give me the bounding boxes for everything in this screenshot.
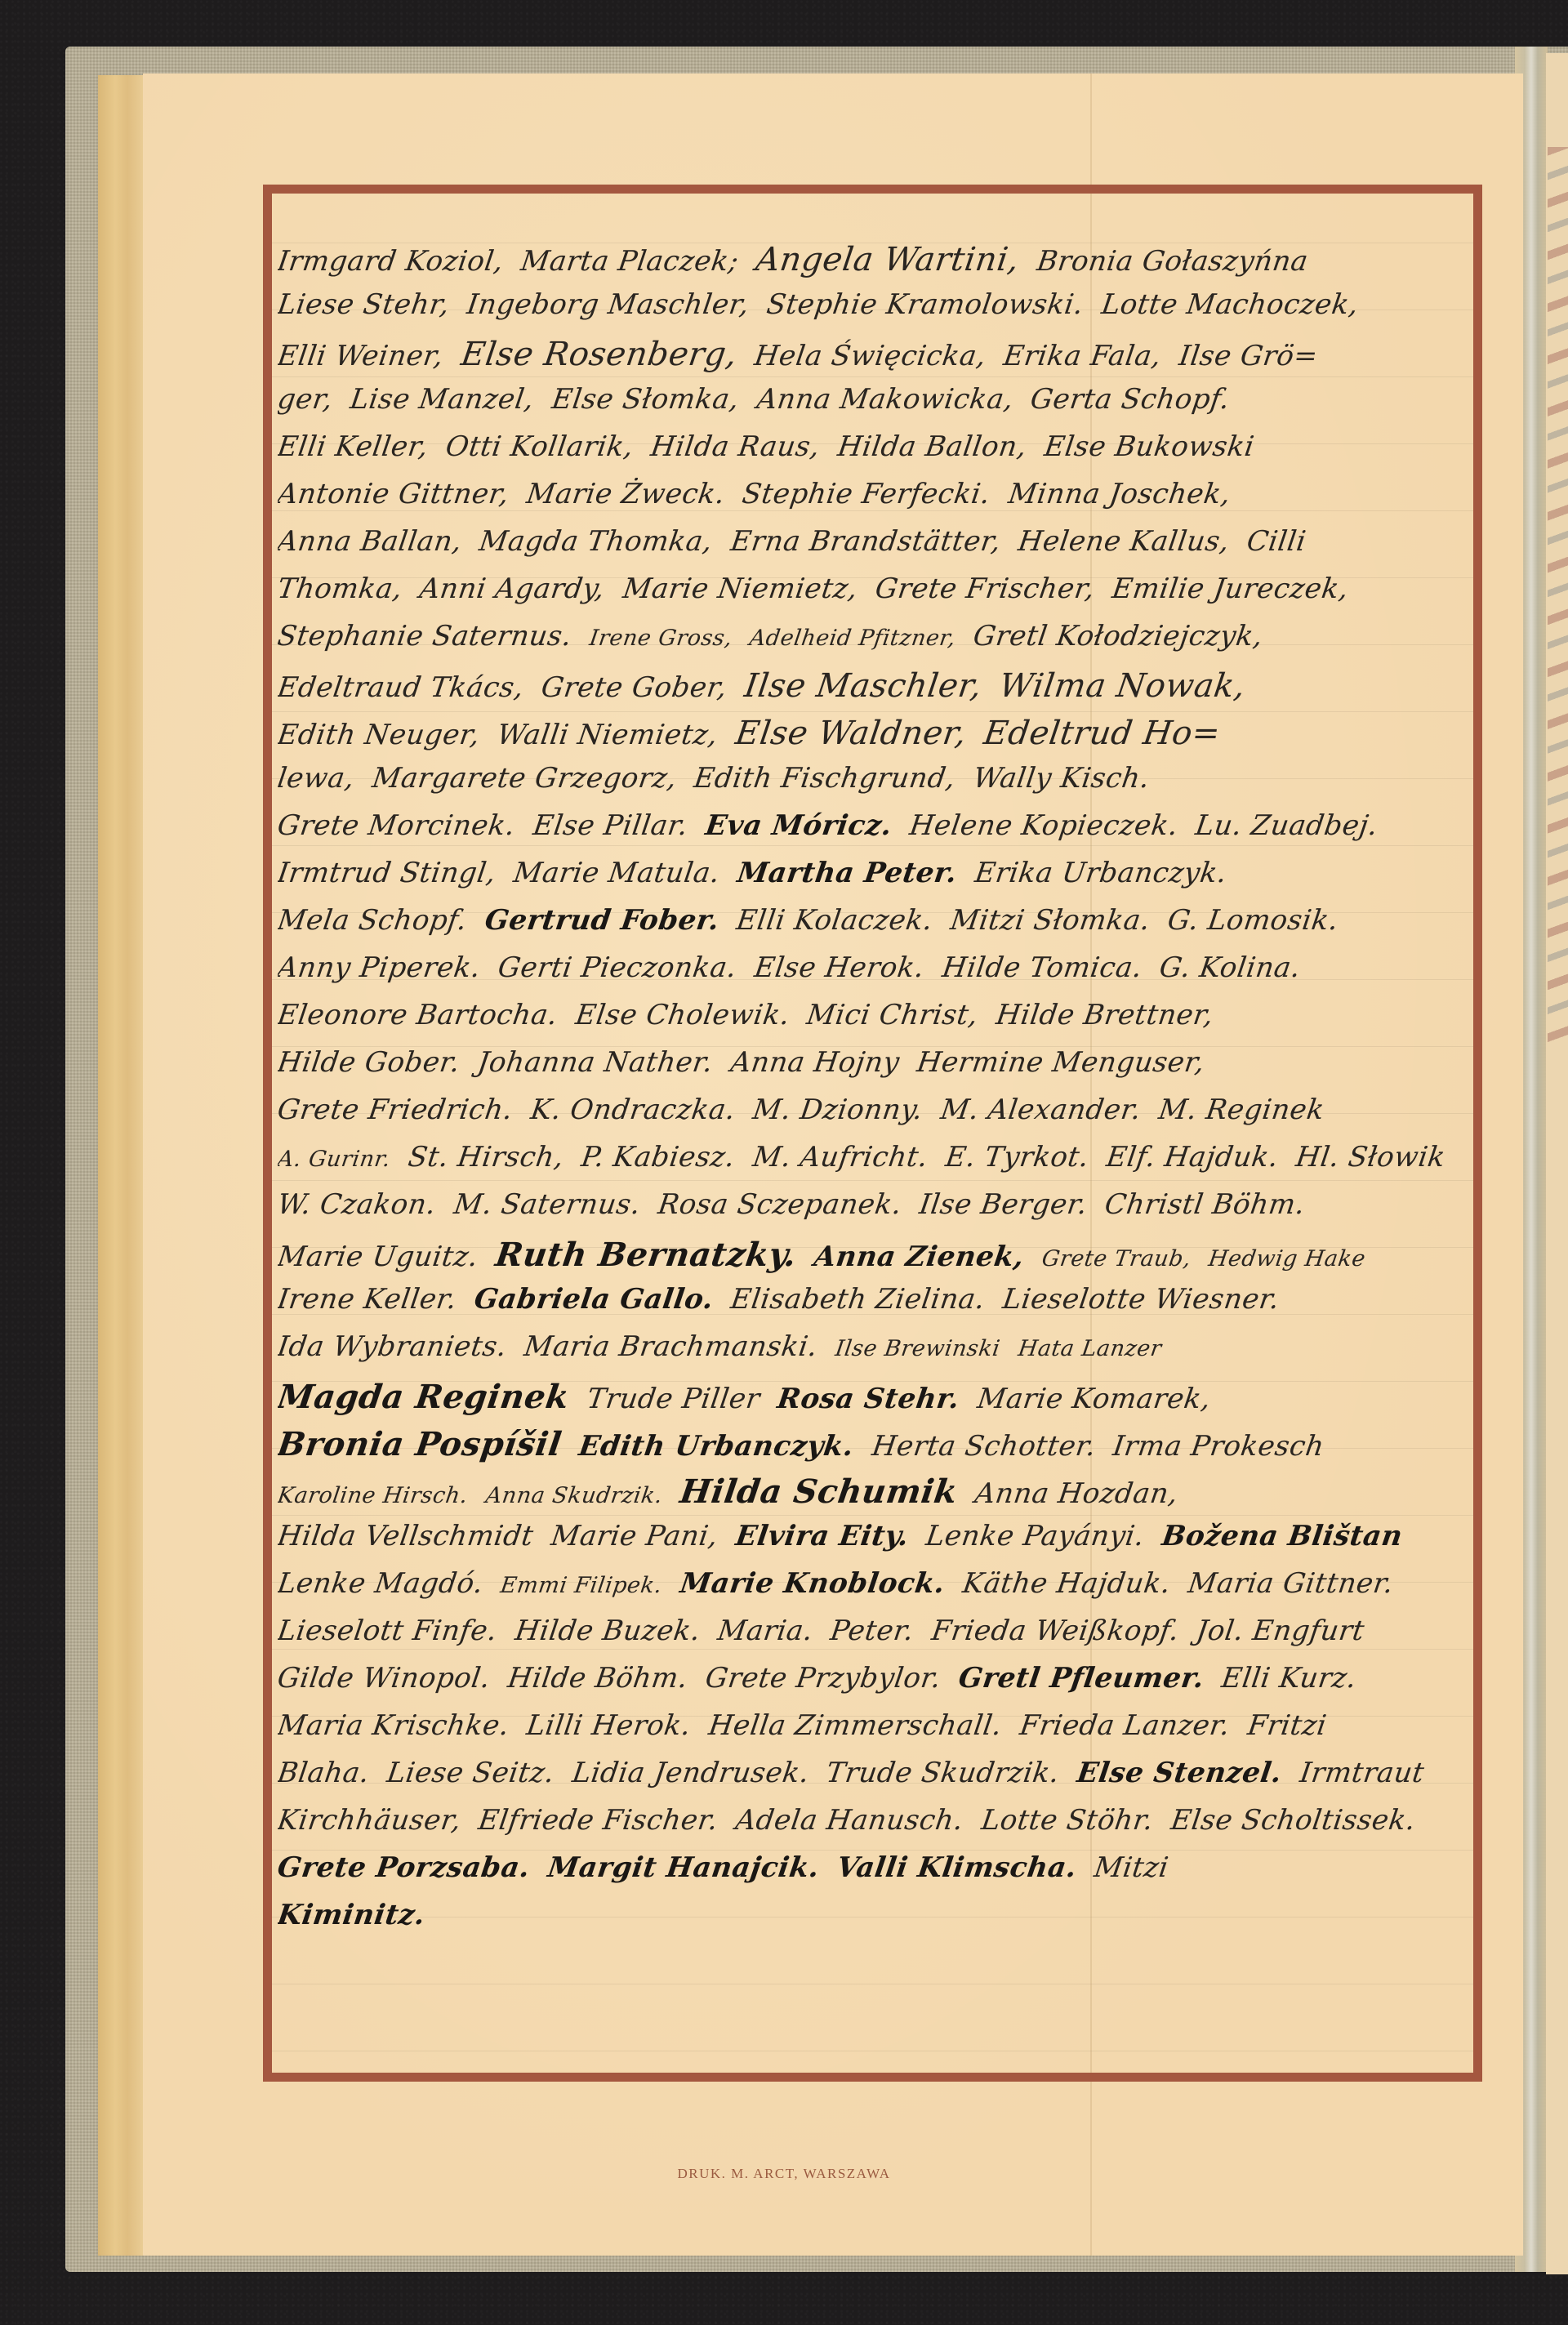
signature-line: Antonie Gittner,Marie Żweck.Stephie Ferf… (278, 478, 1470, 525)
signature-line: Thomka,Anni Agardy,Marie Niemietz,Grete … (278, 572, 1470, 620)
handwritten-signature: Fritzi (1245, 1709, 1329, 1742)
handwritten-signature: P. Kabiesz. (579, 1141, 737, 1174)
handwritten-signature: Edith Urbanczyk. (577, 1430, 857, 1463)
handwritten-signature: Edith Fischgrund, (692, 762, 957, 795)
handwritten-signature: Irmgard Koziol, (278, 245, 506, 278)
handwritten-signature: St. Hirsch, (406, 1141, 566, 1174)
handwritten-signature: Lu. Zuadbej. (1193, 809, 1380, 842)
handwritten-signature: Emmi Filipek. (499, 1573, 664, 1598)
handwritten-signature: Hilda Ballon, (835, 430, 1029, 463)
handwritten-signature: Margit Hanajcik. (546, 1851, 822, 1884)
handwritten-signature: Hella Zimmerschall. (706, 1709, 1004, 1742)
handwritten-signature: Ruth Bernatzky. (493, 1236, 800, 1274)
handwritten-signature: Ilse Brewinski (834, 1336, 1002, 1361)
handwritten-signature: Marie Uguitz. (278, 1240, 480, 1273)
handwritten-signature: Hermine Menguser, (915, 1046, 1206, 1079)
handwritten-signature: A. Gurinr. (278, 1147, 392, 1172)
handwritten-signature: Stephie Ferfecki. (741, 478, 993, 510)
handwritten-signature: Eva Móricz. (703, 809, 894, 842)
handwritten-signature: Gerti Pieczonka. (496, 951, 738, 984)
handwritten-signature: Marta Placzek; (519, 245, 741, 278)
handwritten-signature: Grete Traub, (1040, 1246, 1192, 1272)
handwritten-signature: Johanna Nather. (475, 1046, 715, 1079)
handwritten-signature: Lidia Jendrusek. (570, 1757, 811, 1789)
signature-line: Lenke Magdó.Emmi Filipek.Marie Knoblock.… (278, 1567, 1470, 1615)
handwritten-signature: Grete Porzsaba. (278, 1851, 532, 1884)
handwritten-signature: Božena Blištan (1160, 1520, 1405, 1552)
handwritten-signature: Marie Żweck. (524, 478, 727, 510)
handwritten-signature: Trude Skudrzik. (825, 1757, 1062, 1789)
handwritten-signature: Helene Kopieczek. (907, 809, 1180, 842)
handwritten-signature: Else Stenzel. (1076, 1757, 1285, 1789)
signature-line: Grete Morcinek.Else Pillar.Eva Móricz.He… (278, 809, 1470, 857)
handwritten-signature: Mitzi Słomka. (948, 904, 1152, 937)
handwritten-signature: Lenke Payányi. (924, 1520, 1147, 1552)
signature-line: Grete Friedrich.K. Ondraczka.M. Dzionny.… (278, 1093, 1470, 1141)
handwritten-signature: Wilma Nowak, (997, 667, 1248, 705)
signature-line: Stephanie Saternus.Irene Gross,Adelheid … (278, 620, 1470, 667)
signature-line: Edeltraud Tkács,Grete Gober,Ilse Maschle… (278, 667, 1470, 715)
signature-line: ger,Lise Manzel,Else Słomka,Anna Makowic… (278, 383, 1470, 430)
handwritten-signature: Gabriela Gallo. (472, 1283, 715, 1316)
handwritten-signature: Elli Kolaczek. (734, 904, 934, 937)
handwritten-signature: Erika Fala, (1002, 340, 1164, 372)
handwritten-signature: Christl Böhm. (1102, 1188, 1307, 1221)
handwritten-signature: Grete Frischer, (873, 572, 1097, 605)
handwritten-signature: lewa, (278, 762, 356, 795)
handwritten-signature: G. Kolina. (1157, 951, 1303, 984)
signature-line: Blaha.Liese Seitz.Lidia Jendrusek.Trude … (278, 1757, 1470, 1804)
handwritten-signature: Magda Thomka, (478, 525, 715, 558)
handwritten-signature: Marie Komarek, (975, 1383, 1213, 1415)
handwritten-signature: Irmtraut (1298, 1757, 1426, 1789)
handwritten-signature: Thomka, (278, 572, 404, 605)
signature-line: Kirchhäuser,Elfriede Fischer.Adela Hanus… (278, 1804, 1470, 1851)
signature-line: Irene Keller.Gabriela Gallo.Elisabeth Zi… (278, 1283, 1470, 1330)
handwritten-signature: Marie Niemietz, (621, 572, 860, 605)
handwritten-signature: Minna Joschek, (1006, 478, 1232, 510)
handwritten-signature: Anna Hozdan, (973, 1477, 1180, 1510)
signature-line: Lieselott Finfe.Hilde Buzek.Maria.Peter.… (278, 1615, 1470, 1662)
handwritten-signature: Liese Seitz. (385, 1757, 556, 1789)
handwritten-signature: Lotte Stöhr. (979, 1804, 1156, 1837)
handwritten-signature: Elli Kurz. (1220, 1662, 1359, 1695)
handwritten-signature: Mici Christ, (805, 999, 981, 1031)
handwritten-signature: Cilli (1245, 525, 1308, 558)
printer-imprint: DRUK. M. ARCT, WARSZAWA (0, 2166, 1568, 2182)
handwritten-signature: Maria Brachmanski. (522, 1330, 820, 1363)
handwritten-signature: Hilda Raus, (649, 430, 822, 463)
handwritten-signature: Irene Keller. (278, 1283, 459, 1316)
handwritten-signature: Liese Stehr, (278, 288, 452, 321)
handwritten-signature: Gerta Schopf. (1029, 383, 1232, 416)
handwritten-signature: Anna Hojny (728, 1046, 902, 1079)
handwritten-signature: M. Saternus. (452, 1188, 643, 1221)
handwritten-signature: Ilse Grö= (1177, 340, 1320, 372)
signature-line: Liese Stehr,Ingeborg Maschler,Stephie Kr… (278, 288, 1470, 336)
handwritten-signature: Blaha. (278, 1757, 372, 1789)
adjacent-page-ornament (1548, 147, 1568, 1045)
handwritten-signature: Stephanie Saternus. (278, 620, 574, 653)
handwritten-signature: Anna Skudrzik. (484, 1483, 665, 1508)
handwritten-signature: Elvira Eity. (733, 1520, 911, 1552)
signature-line: Karoline Hirsch.Anna Skudrzik.Hilda Schu… (278, 1472, 1470, 1520)
handwritten-signature: Hilde Buzek. (513, 1615, 702, 1647)
handwritten-signature: Anni Agardy, (418, 572, 608, 605)
handwritten-signature: Hilda Schumik (678, 1472, 960, 1511)
handwritten-signature: Gilde Winopol. (278, 1662, 492, 1695)
signature-line: Gilde Winopol.Hilde Böhm.Grete Przybylor… (278, 1662, 1470, 1709)
signature-list: Irmgard Koziol,Marta Placzek;Angela Wart… (278, 241, 1470, 1946)
handwritten-signature: Edeltrud Ho= (982, 715, 1223, 752)
handwritten-signature: Kirchhäuser, (278, 1804, 463, 1837)
handwritten-signature: Grete Przybylor. (703, 1662, 943, 1695)
handwritten-signature: Frieda Lanzer. (1018, 1709, 1232, 1742)
handwritten-signature: Mitzi (1092, 1851, 1170, 1884)
handwritten-signature: Maria Krischke. (278, 1709, 511, 1742)
handwritten-signature: Else Pillar. (531, 809, 690, 842)
handwritten-signature: Martha Peter. (735, 857, 959, 889)
handwritten-signature: Mela Schopf. (278, 904, 469, 937)
handwritten-signature: Marie Knoblock. (678, 1567, 947, 1600)
handwritten-signature: Irmtrud Stingl, (278, 857, 498, 889)
handwritten-signature: Bronia Pospíšil (278, 1425, 564, 1463)
page-edges (98, 75, 147, 2256)
handwritten-signature: Margarete Grzegorz, (370, 762, 679, 795)
handwritten-signature: Grete Friedrich. (278, 1093, 514, 1126)
handwritten-signature: Kiminitz. (278, 1899, 427, 1931)
handwritten-signature: Irma Prokesch (1111, 1430, 1327, 1463)
handwritten-signature: Grete Gober, (539, 671, 729, 704)
signature-line: Irmgard Koziol,Marta Placzek;Angela Wart… (278, 241, 1470, 288)
handwritten-signature: M. Alexander. (938, 1093, 1143, 1126)
handwritten-signature: Anna Makowicka, (755, 383, 1015, 416)
handwritten-signature: Gretl Pfleumer. (956, 1662, 1206, 1695)
handwritten-signature: Adelheid Pfitzner, (748, 626, 957, 651)
handwritten-signature: Irene Gross, (588, 626, 734, 651)
handwritten-signature: Hedwig Hake (1207, 1246, 1367, 1272)
signature-line: lewa,Margarete Grzegorz,Edith Fischgrund… (278, 762, 1470, 809)
handwritten-signature: Wally Kisch. (971, 762, 1151, 795)
handwritten-signature: Ida Wybraniets. (278, 1330, 509, 1363)
signature-line: Ida Wybraniets.Maria Brachmanski.Ilse Br… (278, 1330, 1470, 1378)
signature-line: Magda ReginekTrude PillerRosa Stehr.Mari… (278, 1378, 1470, 1425)
handwritten-signature: Hilde Tomica. (940, 951, 1144, 984)
signature-line: Marie Uguitz.Ruth Bernatzky.Anna Zienek,… (278, 1236, 1470, 1283)
handwritten-signature: Edeltraud Tkács, (278, 671, 526, 704)
handwritten-signature: Elfriede Fischer. (477, 1804, 721, 1837)
handwritten-signature: Else Słomka, (550, 383, 741, 416)
signature-line: Maria Krischke.Lilli Herok.Hella Zimmers… (278, 1709, 1470, 1757)
signature-line: Grete Porzsaba.Margit Hanajcik.Valli Kli… (278, 1851, 1470, 1899)
handwritten-signature: Ilse Maschler, (742, 667, 984, 705)
handwritten-signature: Hata Lanzer (1016, 1336, 1163, 1361)
handwritten-signature: Hilde Gober. (278, 1046, 462, 1079)
handwritten-signature: Gretl Kołodziejczyk, (972, 620, 1266, 653)
handwritten-signature: Helene Kallus, (1016, 525, 1232, 558)
handwritten-signature: Maria. (715, 1615, 815, 1647)
handwritten-signature: Else Scholtissek. (1169, 1804, 1418, 1837)
signature-line: Irmtrud Stingl,Marie Matula.Martha Peter… (278, 857, 1470, 904)
handwritten-signature: Elf. Hajduk. (1104, 1141, 1281, 1174)
handwritten-signature: Gertrud Fober. (483, 904, 721, 937)
handwritten-signature: Erika Urbanczyk. (973, 857, 1229, 889)
handwritten-signature: Anna Zienek, (813, 1240, 1027, 1273)
handwritten-signature: Elli Weiner, (278, 340, 446, 372)
handwritten-signature: Hela Święcicka, (752, 340, 988, 372)
signature-line: Anny Piperek.Gerti Pieczonka.Else Herok.… (278, 951, 1470, 999)
handwritten-signature: Ilse Berger. (917, 1188, 1089, 1221)
handwritten-signature: Käthe Hajduk. (960, 1567, 1173, 1600)
handwritten-signature: Peter. (828, 1615, 915, 1647)
handwritten-signature: Lise Manzel, (348, 383, 536, 416)
handwritten-signature: M. Dzionny. (751, 1093, 924, 1126)
handwritten-signature: Else Herok. (752, 951, 926, 984)
signature-line: Edith Neuger,Walli Niemietz,Else Waldner… (278, 715, 1470, 762)
handwritten-signature: Rosa Sczepanek. (656, 1188, 904, 1221)
handwritten-signature: K. Ondraczka. (528, 1093, 737, 1126)
handwritten-signature: Hilde Böhm. (506, 1662, 690, 1695)
handwritten-signature: Bronia Gołaszyńna (1035, 245, 1310, 278)
signature-line: Eleonore Bartocha.Else Cholewik.Mici Chr… (278, 999, 1470, 1046)
handwritten-signature: Eleonore Bartocha. (278, 999, 559, 1031)
signature-line: W. Czakon.M. Saternus.Rosa Sczepanek.Ils… (278, 1188, 1470, 1236)
handwritten-signature: Hilda Vellschmidt (278, 1520, 536, 1552)
handwritten-signature: Lieselotte Wiesner. (1000, 1283, 1281, 1316)
signature-line: Elli Keller,Otti Kollarik,Hilda Raus,Hil… (278, 430, 1470, 478)
handwritten-signature: G. Lomosik. (1165, 904, 1340, 937)
handwritten-signature: Karoline Hirsch. (278, 1483, 470, 1508)
signature-line: Kiminitz. (278, 1899, 1470, 1946)
handwritten-signature: Adela Hanusch. (734, 1804, 966, 1837)
signature-line: Anna Ballan,Magda Thomka,Erna Brandstätt… (278, 525, 1470, 572)
handwritten-signature: Antonie Gittner, (278, 478, 511, 510)
signature-line: Mela Schopf.Gertrud Fober.Elli Kolaczek.… (278, 904, 1470, 951)
handwritten-signature: Else Rosenberg, (459, 336, 740, 373)
handwritten-signature: W. Czakon. (278, 1188, 438, 1221)
handwritten-signature: Elisabeth Zielina. (729, 1283, 988, 1316)
handwritten-signature: Ingeborg Maschler, (465, 288, 751, 321)
handwritten-signature: M. Aufricht. (751, 1141, 930, 1174)
handwritten-signature: Erna Brandstätter, (728, 525, 1003, 558)
signature-line: Hilda VellschmidtMarie Pani,Elvira Eity.… (278, 1520, 1470, 1567)
handwritten-signature: Edith Neuger, (278, 719, 482, 751)
handwritten-signature: E. Tyrkot. (943, 1141, 1091, 1174)
signature-line: Elli Weiner,Else Rosenberg,Hela Święcick… (278, 336, 1470, 383)
signature-line: Hilde Gober.Johanna Nather.Anna HojnyHer… (278, 1046, 1470, 1093)
handwritten-signature: Lilli Herok. (524, 1709, 693, 1742)
handwritten-signature: Marie Pani, (549, 1520, 719, 1552)
handwritten-signature: M. Reginek (1156, 1093, 1326, 1126)
handwritten-signature: Marie Matula. (511, 857, 722, 889)
handwritten-signature: Stephie Kramolowski. (765, 288, 1086, 321)
signature-line: A. Gurinr.St. Hirsch,P. Kabiesz.M. Aufri… (278, 1141, 1470, 1188)
handwritten-signature: Jol. Engfurt (1195, 1615, 1367, 1647)
handwritten-signature: Trude Piller (585, 1383, 762, 1415)
signature-line: Bronia PospíšilEdith Urbanczyk.Herta Sch… (278, 1425, 1470, 1472)
handwritten-signature: Magda Reginek (278, 1378, 572, 1416)
handwritten-signature: Hl. Słowik (1294, 1141, 1447, 1174)
handwritten-signature: Lenke Magdó. (278, 1567, 485, 1600)
handwritten-signature: Frieda Weißkopf. (929, 1615, 1181, 1647)
handwritten-signature: Anna Ballan, (278, 525, 464, 558)
handwritten-signature: Lotte Machoczek, (1099, 288, 1361, 321)
handwritten-signature: Rosa Stehr. (775, 1383, 961, 1415)
handwritten-signature: Elli Keller, (278, 430, 430, 463)
handwritten-signature: Valli Klimscha. (835, 1851, 1079, 1884)
handwritten-signature: Walli Niemietz, (496, 719, 720, 751)
handwritten-signature: ger, (278, 383, 335, 416)
handwritten-signature: Otti Kollarik, (443, 430, 635, 463)
handwritten-signature: Anny Piperek. (278, 951, 483, 984)
handwritten-signature: Herta Schotter. (870, 1430, 1098, 1463)
handwritten-signature: Hilde Brettner, (994, 999, 1215, 1031)
handwritten-signature: Else Waldner, (733, 715, 969, 752)
handwritten-signature: Lieselott Finfe. (278, 1615, 499, 1647)
handwritten-signature: Else Cholewik. (573, 999, 791, 1031)
handwritten-signature: Angela Wartini, (754, 241, 1022, 278)
handwritten-signature: Emilie Jureczek, (1110, 572, 1351, 605)
handwritten-signature: Grete Morcinek. (278, 809, 517, 842)
handwritten-signature: Else Bukowski (1042, 430, 1256, 463)
handwritten-signature: Maria Gittner. (1186, 1567, 1396, 1600)
